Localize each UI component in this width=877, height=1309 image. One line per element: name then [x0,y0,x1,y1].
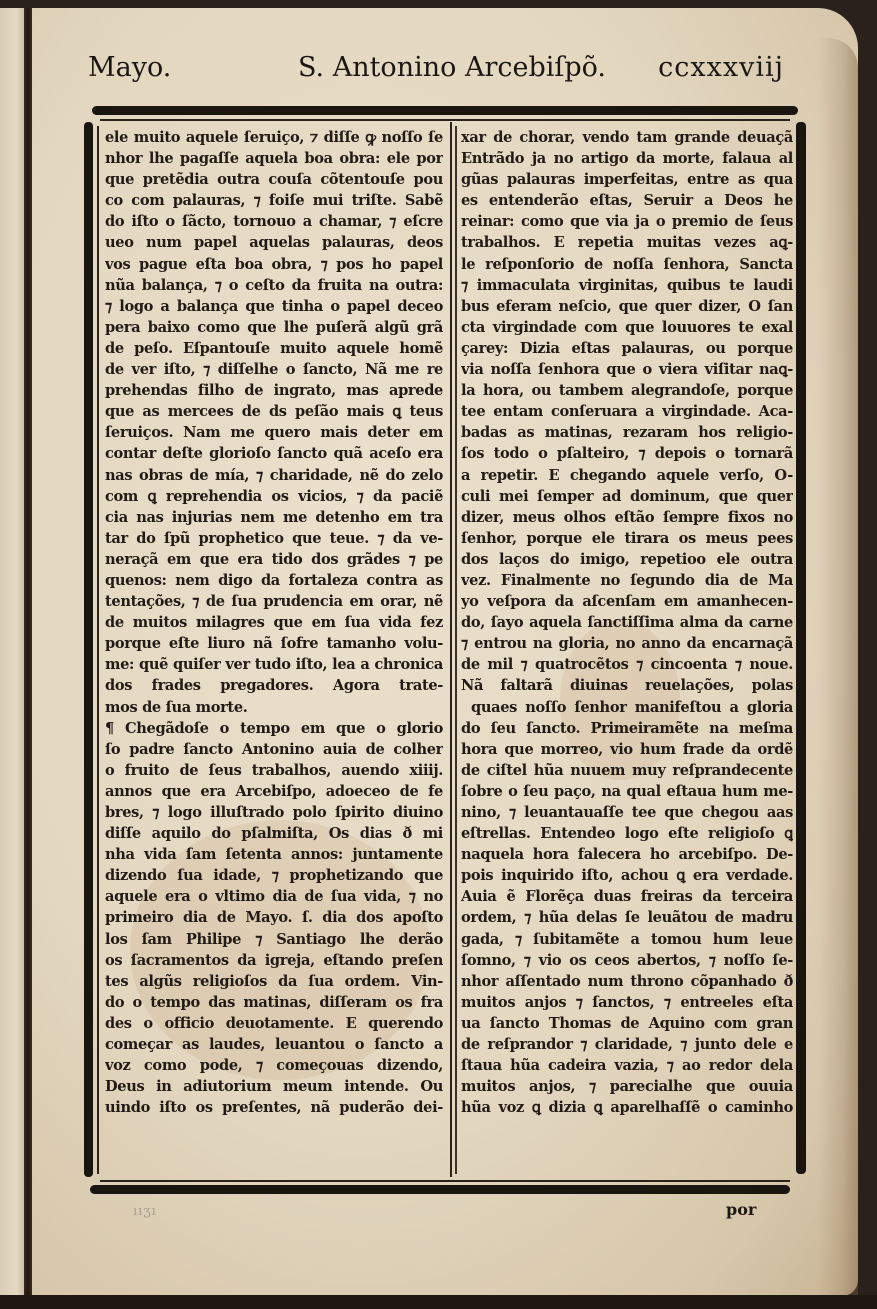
text-line: Auia ẽ Florẽça duas freiras da terceira [461,886,793,907]
text-line: gada, ⁊ ſubitamẽte a tomou hum leue [461,929,793,950]
text-line: voz como pode, ⁊ começouas dizendo, [105,1055,443,1076]
paragraph-start-line: ¶ Chegãdoſe o tempo em que o glorio [105,718,443,739]
column-divider [450,122,452,1177]
text-line: nino, ⁊ leuantauaſſe tee que chegou aas [461,802,793,823]
text-line: que pretẽdia outra couſa cõtentouſe pou [105,169,443,190]
text-line: diſſe aquilo do pſalmiſta, Os dias ð mi [105,823,443,844]
text-line: uindo iſto os preſentes, nã puderão dei- [105,1097,443,1118]
text-line: de mil ⁊ quatrocẽtos ⁊ cincoenta ⁊ noue. [461,654,793,675]
library-stamp: ııʒı [133,1204,157,1219]
text-line: ⁊ logo a balança que tinha o papel deceo [105,296,443,317]
text-line: ele muito aquele ſeruiço, ⁊ diſſe ꝙ noſſ… [105,127,443,148]
text-column-left: ele muito aquele ſeruiço, ⁊ diſſe ꝙ noſſ… [105,127,443,1118]
text-line: co com palauras, ⁊ foiſe mui triſte. Sab… [105,190,443,211]
catchword: por [726,1200,756,1219]
text-line: de muitos milagres que em ſua vida fez [105,612,443,633]
text-line: de peſo. Eſpantouſe muito aquele homẽ [105,338,443,359]
text-line: me: quẽ quiſer ver tudo iſto, lea a chro… [105,654,443,675]
text-line: ſo padre ſancto Antonino auia de colher [105,739,443,760]
text-line: aquele era o vltimo dia de ſua vida, ⁊ n… [105,886,443,907]
book-gutter [24,8,32,1298]
text-line: nhor aſſentado num throno cõpanhado ð [461,971,793,992]
text-line: Entrãdo ja no artigo da morte, falaua al [461,148,793,169]
text-line: ſeruiços. Nam me quero mais deter em [105,422,443,443]
header-month: Mayo. [88,52,171,83]
text-line: es entenderão eſtas, Seruir a Deos he [461,190,793,211]
text-line: bus eferam neſcio, que quer dizer, O ſan [461,296,793,317]
text-line: ⁊ immaculata virginitas, quibus te laudi [461,275,793,296]
text-line: dizer, meus olhos eſtão ſempre fixos no [461,507,793,528]
text-line: badas as matinas, rezaram hos religio- [461,422,793,443]
text-line: nas obras de mía, ⁊ charidade, nẽ do zel… [105,465,443,486]
text-line: culi mei ſemper ad dominum, que quer [461,486,793,507]
text-line: do ſeu ſancto. Primeiramẽte na meſma [461,718,793,739]
text-line: contar deſte glorioſo ſancto quã aceſo e… [105,443,443,464]
page-edge-shading [818,38,858,1296]
text-line: nũa balança, ⁊ o ceſto da fruita na outr… [105,275,443,296]
text-line: ſobre o ſeu paço, na qual eſtaua hum me- [461,781,793,802]
text-column-right: xar de chorar, vendo tam grande deuaçã E… [461,127,793,1118]
top-border-thin-rule [100,119,790,121]
text-line: de ciſtel hũa nuuem muy reſprandecente [461,760,793,781]
text-line: do, ſayo aquela ſanctiſſima alma da carn… [461,612,793,633]
text-line: los ſam Philipe ⁊ Santiago lhe derão [105,929,443,950]
text-line: ſtaua hũa cadeira vazia, ⁊ ao redor dela [461,1055,793,1076]
text-line: do iſto o ſãcto, tornouo a chamar, ⁊ eſc… [105,211,443,232]
text-line: tentações, ⁊ de ſua prudencia em orar, n… [105,591,443,612]
right-border-rule [796,122,806,1174]
text-line: annos que era Arcebiſpo, adoeceo de fe [105,781,443,802]
text-line: çarey: Dizia eſtas palauras, ou porque [461,338,793,359]
text-line: gũas palauras imperfeitas, entre as qua [461,169,793,190]
text-line: mos de ſua morte. [105,697,443,718]
text-line: ⁊ entrou na gloria, no anno da encarnaçã [461,633,793,654]
text-line: ſos todo o pſalteiro, ⁊ depois o tornarã [461,443,793,464]
text-line: do o tempo das matinas, diſſeram os fra [105,992,443,1013]
left-border-thin-rule [97,126,99,1174]
text-line: bres, ⁊ logo illuſtrado polo ſpirito diu… [105,802,443,823]
text-line: nha vida ſam ſetenta annos: juntamente [105,844,443,865]
text-line: quaes noſſo ſenhor manifeſtou a gloria [461,697,793,718]
text-line: que as mercees de ds peſão mais ꝗ teus [105,401,443,422]
text-line: eſtrellas. Entendeo logo eſte religioſo … [461,823,793,844]
scan-bottom-shadow [0,1295,877,1309]
text-line: pera baixo como que lhe puſerã algũ grã [105,317,443,338]
text-line: pois inquirido iſto, achou ꝗ era verdade… [461,865,793,886]
text-line: nhor lhe pagaſſe aquela boa obra: ele po… [105,148,443,169]
text-line: tar do ſpũ prophetico que teue. ⁊ da ve- [105,528,443,549]
text-line: cia nas injurias nem me detenho em tra [105,507,443,528]
text-line: trabalhos. E repetia muitas vezes aꝗ- [461,232,793,253]
text-line: muitos anjos, ⁊ parecialhe que ouuia [461,1076,793,1097]
header-title: S. Antonino Arcebiſpõ. [298,52,606,83]
text-line: le reſponſorio de noſſa ſenhora, Sancta [461,254,793,275]
left-border-rule [84,122,93,1177]
text-line: porque eſte liuro nã ſofre tamanho volu- [105,633,443,654]
text-line: ſomno, ⁊ vio os ceos abertos, ⁊ noſſo ſe… [461,950,793,971]
text-line: dizendo ſua idade, ⁊ prophetizando que [105,865,443,886]
text-line: dos laços do imigo, repetioo ele outra [461,549,793,570]
text-line: prehendas filho de ingrato, mas aprede [105,380,443,401]
text-line: vos pague eſta boa obra, ⁊ pos ho papel [105,254,443,275]
text-line: yo veſpora da aſcenſam em amanhecen- [461,591,793,612]
text-line: de reſprandor ⁊ claridade, ⁊ junto dele … [461,1034,793,1055]
text-line: de ver iſto, ⁊ diſſelhe o ſancto, Nã me … [105,359,443,380]
bottom-border-rule [90,1185,790,1194]
text-line: a repetir. E chegando aquele verſo, O- [461,465,793,486]
text-line: dos frades pregadores. Agora trate- [105,675,443,696]
text-line: naquela hora falecera ho arcebiſpo. De- [461,844,793,865]
text-line: reinar: como que via ja o premio de ſeus [461,211,793,232]
text-line: tee entam conſeruara a virgindade. Aca- [461,401,793,422]
text-line: xar de chorar, vendo tam grande deuaçã [461,127,793,148]
text-line: hũa voz ꝗ dizia ꝗ aparelhaſſẽ o caminho [461,1097,793,1118]
text-line: cta virgindade com que louuores te exal [461,317,793,338]
text-line: começar as laudes, leuantou o ſancto a [105,1034,443,1055]
text-line: des o officio deuotamente. E querendo [105,1013,443,1034]
text-line: la hora, ou tambem alegrandoſe, porque [461,380,793,401]
bottom-border-thin-rule [100,1180,790,1182]
column-divider-thin [455,126,457,1174]
facing-page-edge [0,8,24,1298]
text-line: ſenhor, porque ele tirara os meus pees [461,528,793,549]
text-line: Nã faltarã diuinas reuelações, polas [461,675,793,696]
text-line: neraçã em que era tido dos grãdes ⁊ pe [105,549,443,570]
text-line: vez. Finalmente no ſegundo dia de Ma [461,570,793,591]
top-border-rule [92,106,798,115]
text-line: primeiro dia de Mayo. ſ. dia dos apoſto [105,907,443,928]
text-line: com ꝗ reprehendia os vicios, ⁊ da paciẽ [105,486,443,507]
folio-number: ccxxxviij [658,52,784,83]
text-line: via noſſa ſenhora que o viera viſitar na… [461,359,793,380]
running-header: Mayo. S. Antonino Arcebiſpõ. ccxxxviij [88,48,784,98]
text-line: Deus in adiutorium meum intende. Ou [105,1076,443,1097]
text-line: ueo num papel aquelas palauras, deos [105,232,443,253]
text-line: tes algũs religioſos da ſua ordem. Vin- [105,971,443,992]
text-line: ordem, ⁊ hũa delas ſe leuãtou de madru [461,907,793,928]
text-line: ua ſancto Thomas de Aquino com gran [461,1013,793,1034]
text-line: hora que morreo, vio hum frade da ordẽ [461,739,793,760]
text-line: quenos: nem digo da fortaleza contra as [105,570,443,591]
text-line: os ſacramentos da igreja, eſtando preſen [105,950,443,971]
text-line: o fruito de ſeus trabalhos, auendo xiiij… [105,760,443,781]
text-line: muitos anjos ⁊ ſanctos, ⁊ entreeles eſta [461,992,793,1013]
